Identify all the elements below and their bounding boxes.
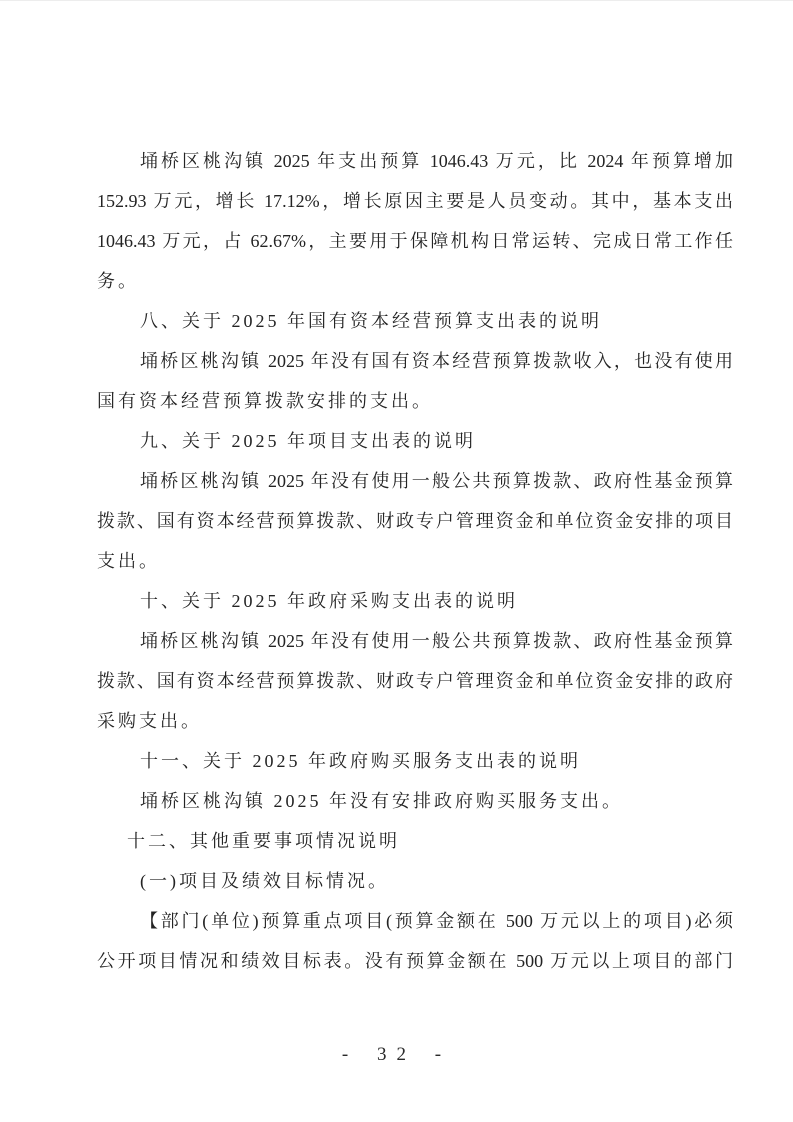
text-line: 152.93 万元，增长 17.12%，增长原因主要是人员变动。其中，基本支出 xyxy=(97,181,733,221)
paragraph-key-project-disclosure: 【部门(单位)预算重点项目(预算金额在 500 万元以上的项目)必须 公开项目情… xyxy=(97,901,733,981)
heading-section-11: 十一、关于 2025 年政府购买服务支出表的说明 xyxy=(97,741,733,781)
text-line: 国有资本经营预算拨款安排的支出。 xyxy=(97,381,733,421)
text-line: 1046.43 万元，占 62.67%，主要用于保障机构日常运转、完成日常工作任 xyxy=(97,221,733,261)
page-number: - 32 - xyxy=(0,1041,793,1069)
paragraph-state-capital-budget: 埇桥区桃沟镇 2025 年没有国有资本经营预算拨款收入，也没有使用 国有资本经营… xyxy=(97,341,733,421)
text-line: 支出。 xyxy=(97,541,733,581)
text-line: 【部门(单位)预算重点项目(预算金额在 500 万元以上的项目)必须 xyxy=(97,901,733,941)
heading-section-12: 十二、其他重要事项情况说明 xyxy=(97,821,733,861)
text-line: (一)项目及绩效目标情况。 xyxy=(97,861,733,901)
subheading-project-performance: (一)项目及绩效目标情况。 xyxy=(97,861,733,901)
text-line: 十二、其他重要事项情况说明 xyxy=(97,821,733,861)
paragraph-expenditure-summary: 埇桥区桃沟镇 2025 年支出预算 1046.43 万元，比 2024 年预算增… xyxy=(97,141,733,301)
text-line: 采购支出。 xyxy=(97,701,733,741)
paragraph-project-expenditure: 埇桥区桃沟镇 2025 年没有使用一般公共预算拨款、政府性基金预算 拨款、国有资… xyxy=(97,461,733,581)
text-line: 埇桥区桃沟镇 2025 年没有安排政府购买服务支出。 xyxy=(97,781,733,821)
text-line: 八、关于 2025 年国有资本经营预算支出表的说明 xyxy=(97,301,733,341)
text-line: 埇桥区桃沟镇 2025 年没有国有资本经营预算拨款收入，也没有使用 xyxy=(97,341,733,381)
text-line: 埇桥区桃沟镇 2025 年支出预算 1046.43 万元，比 2024 年预算增… xyxy=(97,141,733,181)
heading-section-9: 九、关于 2025 年项目支出表的说明 xyxy=(97,421,733,461)
text-line: 公开项目情况和绩效目标表。没有预算金额在 500 万元以上项目的部门 xyxy=(97,941,733,981)
text-line: 拨款、国有资本经营预算拨款、财政专户管理资金和单位资金安排的政府 xyxy=(97,661,733,701)
paragraph-purchased-services: 埇桥区桃沟镇 2025 年没有安排政府购买服务支出。 xyxy=(97,781,733,821)
paragraph-government-procurement: 埇桥区桃沟镇 2025 年没有使用一般公共预算拨款、政府性基金预算 拨款、国有资… xyxy=(97,621,733,741)
text-line: 十、关于 2025 年政府采购支出表的说明 xyxy=(97,581,733,621)
heading-section-8: 八、关于 2025 年国有资本经营预算支出表的说明 xyxy=(97,301,733,341)
text-line: 务。 xyxy=(97,261,733,301)
text-line: 埇桥区桃沟镇 2025 年没有使用一般公共预算拨款、政府性基金预算 xyxy=(97,461,733,501)
text-line: 十一、关于 2025 年政府购买服务支出表的说明 xyxy=(97,741,733,781)
text-line: 拨款、国有资本经营预算拨款、财政专户管理资金和单位资金安排的项目 xyxy=(97,501,733,541)
text-line: 九、关于 2025 年项目支出表的说明 xyxy=(97,421,733,461)
heading-section-10: 十、关于 2025 年政府采购支出表的说明 xyxy=(97,581,733,621)
document-page: 埇桥区桃沟镇 2025 年支出预算 1046.43 万元，比 2024 年预算增… xyxy=(0,0,793,1122)
document-text-block: 埇桥区桃沟镇 2025 年支出预算 1046.43 万元，比 2024 年预算增… xyxy=(97,141,733,981)
text-line: 埇桥区桃沟镇 2025 年没有使用一般公共预算拨款、政府性基金预算 xyxy=(97,621,733,661)
